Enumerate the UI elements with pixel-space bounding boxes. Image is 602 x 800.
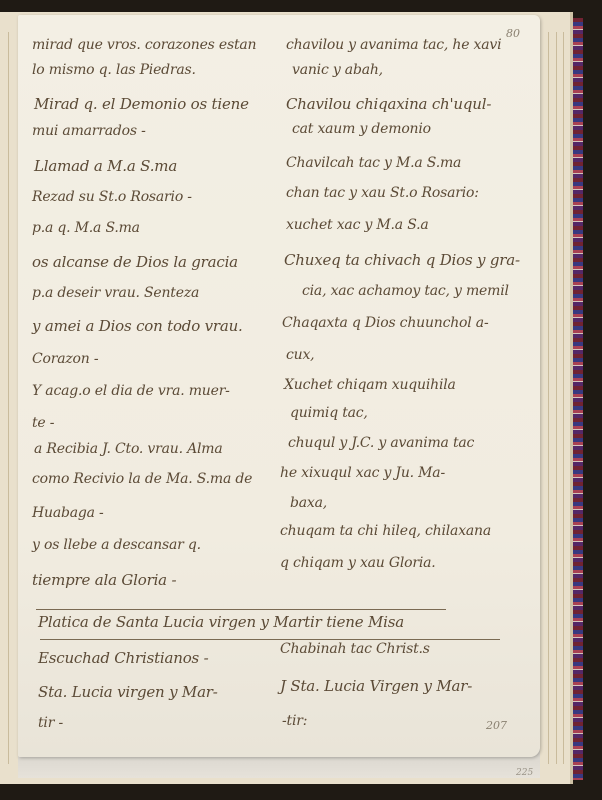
folio-number-bottom: 207 (486, 719, 507, 732)
left-line-14: como Recivio la de Ma. S.ma de (32, 471, 252, 487)
left-line-2: Mirad q. el Demonio os tiene (34, 95, 249, 113)
left-line-0: mirad que vros. corazones estan (32, 37, 256, 53)
right-line-8: cia, xac achamoy tac, y memil (302, 283, 509, 299)
left-line-20: Sta. Lucia virgen y Mar- (38, 683, 218, 701)
folio-number-top: 80 (506, 27, 520, 40)
right-line-9: Chaqaxta q Dios chuunchol a- (282, 315, 488, 331)
left-line-8: p.a deseir vrau. Senteza (32, 285, 199, 301)
sermon-heading: Platica de Santa Lucia virgen y Martir t… (38, 613, 404, 631)
right-line-6: xuchet xac y M.a S.a (286, 217, 429, 233)
left-line-16: y os llebe a descansar q. (32, 537, 201, 553)
right-line-7: Chuxeq ta chivach q Dios y gra- (284, 251, 520, 269)
left-line-6: p.a q. M.a S.ma (32, 220, 140, 236)
right-line-11: Xuchet chiqam xuquihila (284, 377, 456, 393)
page-edge-line (8, 32, 9, 764)
left-line-19: Escuchad Christianos - (38, 649, 208, 667)
left-line-1: lo mismo q. las Piedras. (32, 62, 196, 78)
right-line-4: Chavilcah tac y M.a S.ma (286, 155, 461, 171)
right-line-16: chuqam ta chi hileq, chilaxana (280, 523, 491, 539)
right-line-15: baxa, (290, 495, 327, 511)
left-line-9: y amei a Dios con todo vrau. (32, 317, 243, 335)
left-line-17: tiempre ala Gloria - (32, 571, 176, 589)
right-line-3: cat xaum y demonio (292, 121, 431, 137)
right-line-1: vanic y abah, (292, 62, 383, 78)
right-line-0: chavilou y avanima tac, he xavi (286, 37, 501, 53)
left-line-12: te - (32, 415, 54, 431)
left-line-21: tir - (38, 715, 63, 731)
left-line-3: mui amarrados - (32, 123, 146, 139)
heading-rule-bottom (40, 639, 500, 640)
right-line-14: he xixuqul xac y Ju. Ma- (280, 465, 445, 481)
right-line-13: chuqul y J.C. y avanima tac (288, 435, 474, 451)
right-line-12: quimiq tac, (290, 405, 368, 421)
right-line-21: -tir: (282, 713, 307, 729)
page-edge-line (563, 32, 564, 764)
right-line-5: chan tac y xau St.o Rosario: (286, 185, 479, 201)
right-line-2: Chavilou chiqaxina ch'uqul- (286, 95, 491, 113)
right-line-20: J Sta. Lucia Virgen y Mar- (280, 677, 472, 695)
left-line-10: Corazon - (32, 351, 98, 367)
left-line-15: Huabaga - (32, 505, 104, 521)
left-line-13: a Recibia J. Cto. vrau. Alma (34, 441, 223, 457)
page-edge-line (556, 32, 557, 764)
right-line-19: Chabinah tac Christ.s (280, 641, 430, 657)
left-line-7: os alcanse de Dios la gracia (32, 253, 238, 271)
right-line-17: q chiqam y xau Gloria. (280, 555, 436, 571)
page-edge-line (548, 32, 549, 764)
left-line-5: Rezad su St.o Rosario - (32, 189, 192, 205)
right-line-10: cux, (286, 347, 314, 363)
folio-number-faint: 225 (516, 768, 533, 778)
left-line-11: Y acag.o el dia de vra. muer- (32, 383, 230, 399)
heading-rule-top (36, 609, 446, 610)
left-line-4: Llamad a M.a S.ma (34, 157, 177, 175)
manuscript-page: 80 mirad que vros. corazones estan chavi… (18, 15, 540, 757)
